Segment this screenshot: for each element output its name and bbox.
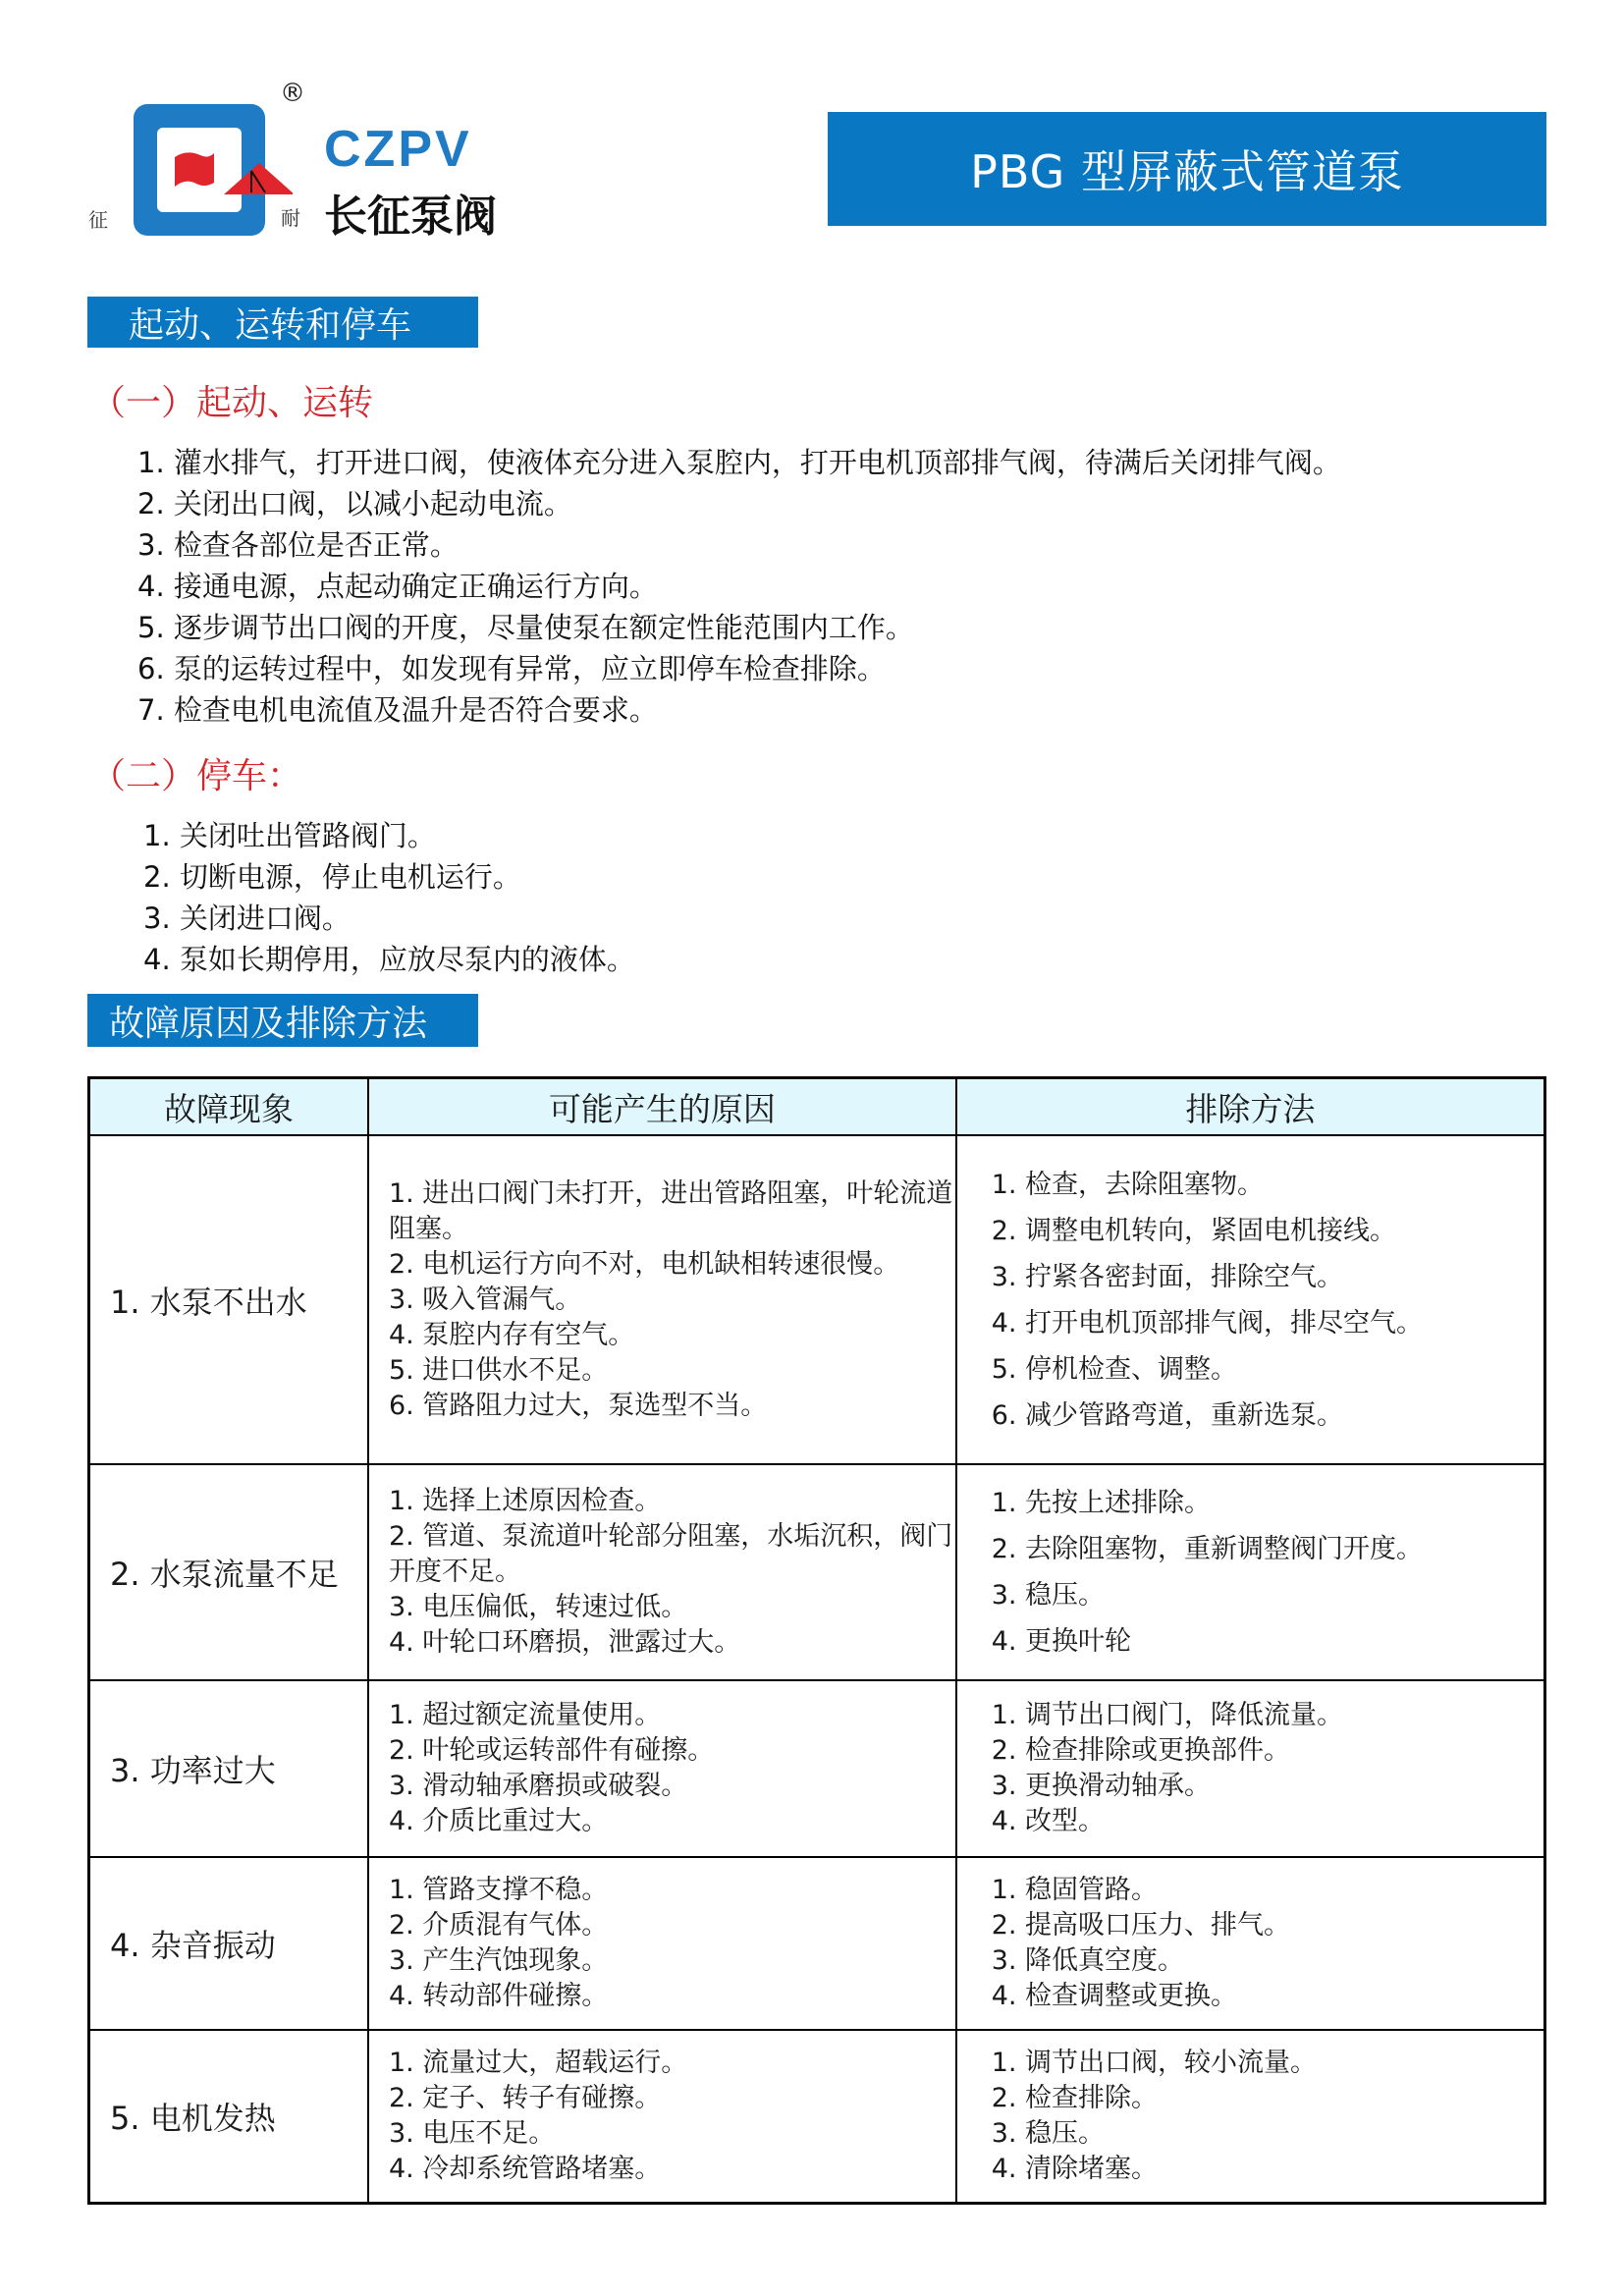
table-row: 2. 水泵流量不足 1. 选择上述原因检查。 2. 管道、泵流道叶轮部分阻塞，水… [89,1464,1545,1680]
list-item: 3. 检查各部位是否正常。 [137,524,1341,566]
cause-item: 3. 电压偏低，转速过低。 [389,1590,954,1625]
list-item: 3. 关闭进口阀。 [143,898,635,939]
list-item: 7. 检查电机电流值及温升是否符合要求。 [137,689,1341,731]
remedy-item: 3. 稳压。 [992,1572,1543,1618]
cause-item: 1. 管路支撑不稳。 [389,1873,954,1908]
remedy-item: 2. 检查排除。 [992,2081,1543,2116]
list-item: 2. 关闭出口阀，以减小起动电流。 [137,483,1341,524]
causes-cell: 1. 超过额定流量使用。 2. 叶轮或运转部件有碰擦。 3. 滑动轴承磨损或破裂… [368,1680,956,1857]
remedy-item: 5. 停机检查、调整。 [992,1346,1543,1393]
table-header-row: 故障现象 可能产生的原因 排除方法 [89,1078,1545,1136]
symptom-cell: 1. 水泵不出水 [89,1135,368,1464]
subheading-start: （一）起动、运转 [90,375,373,425]
company-logo: ® CZPV 长征泵阀 征 耐 [79,59,511,246]
brand-name-en: CZPV [324,120,472,179]
brand-name-cn: 长征泵阀 [324,181,497,244]
cause-item: 4. 转动部件碰擦。 [389,1979,954,2014]
cause-item: 3. 吸入管漏气。 [389,1283,954,1318]
symptom-cell: 2. 水泵流量不足 [89,1464,368,1680]
causes-cell: 1. 选择上述原因检查。 2. 管道、泵流道叶轮部分阻塞，水垢沉积，阀门开度不足… [368,1464,956,1680]
remedy-item: 4. 检查调整或更换。 [992,1979,1543,2014]
section-header-start-stop: 起动、运转和停车 [87,297,478,348]
list-item: 1. 关闭吐出管路阀门。 [143,815,635,856]
column-header-symptom: 故障现象 [89,1078,368,1136]
list-item: 6. 泵的运转过程中，如发现有异常，应立即停车检查排除。 [137,648,1341,689]
table-row: 4. 杂音振动 1. 管路支撑不稳。 2. 介质混有气体。 3. 产生汽蚀现象。… [89,1857,1545,2030]
remedies-cell: 1. 稳固管路。 2. 提高吸口压力、排气。 3. 降低真空度。 4. 检查调整… [956,1857,1545,2030]
remedy-item: 2. 提高吸口压力、排气。 [992,1908,1543,1943]
remedy-item: 2. 去除阻塞物，重新调整阀门开度。 [992,1526,1543,1572]
cause-item: 1. 选择上述原因检查。 [389,1484,954,1519]
cause-item: 3. 产生汽蚀现象。 [389,1943,954,1979]
causes-cell: 1. 管路支撑不稳。 2. 介质混有气体。 3. 产生汽蚀现象。 4. 转动部件… [368,1857,956,2030]
table-row: 3. 功率过大 1. 超过额定流量使用。 2. 叶轮或运转部件有碰擦。 3. 滑… [89,1680,1545,1857]
remedy-item: 4. 更换叶轮 [992,1618,1543,1665]
remedy-item: 2. 检查排除或更换部件。 [992,1733,1543,1769]
cause-item: 2. 定子、转子有碰擦。 [389,2081,954,2116]
remedy-item: 1. 先按上述排除。 [992,1480,1543,1526]
remedies-cell: 1. 调节出口阀，较小流量。 2. 检查排除。 3. 稳压。 4. 清除堵塞。 [956,2030,1545,2204]
list-item: 5. 逐步调节出口阀的开度，尽量使泵在额定性能范围内工作。 [137,607,1341,648]
remedy-item: 1. 调节出口阀，较小流量。 [992,2046,1543,2081]
remedy-item: 6. 减少管路弯道，重新选泵。 [992,1393,1543,1439]
cause-item: 4. 冷却系统管路堵塞。 [389,2152,954,2187]
logo-side-char-left: 征 [88,204,108,233]
symptom-cell: 4. 杂音振动 [89,1857,368,2030]
registered-mark: ® [280,79,305,108]
remedy-item: 4. 改型。 [992,1804,1543,1839]
remedy-item: 1. 稳固管路。 [992,1873,1543,1908]
page-title: PBG 型屏蔽式管道泵 [828,112,1546,226]
remedy-item: 1. 检查，去除阻塞物。 [992,1162,1543,1208]
symptom-cell: 5. 电机发热 [89,2030,368,2204]
causes-cell: 1. 流量过大，超载运行。 2. 定子、转子有碰擦。 3. 电压不足。 4. 冷… [368,2030,956,2204]
cause-item: 1. 超过额定流量使用。 [389,1698,954,1733]
remedy-item: 3. 降低真空度。 [992,1943,1543,1979]
logo-side-char-right: 耐 [281,202,300,231]
cause-item: 1. 进出口阀门未打开，进出管路阻塞，叶轮流道阻塞。 [389,1176,954,1247]
table-row: 5. 电机发热 1. 流量过大，超载运行。 2. 定子、转子有碰擦。 3. 电压… [89,2030,1545,2204]
cause-item: 4. 介质比重过大。 [389,1804,954,1839]
remedy-item: 3. 稳压。 [992,2116,1543,2152]
remedy-item: 4. 打开电机顶部排气阀，排尽空气。 [992,1300,1543,1346]
cause-item: 4. 叶轮口环磨损，泄露过大。 [389,1625,954,1661]
cause-item: 3. 滑动轴承磨损或破裂。 [389,1769,954,1804]
cause-item: 6. 管路阻力过大，泵选型不当。 [389,1389,954,1424]
remedy-item: 3. 更换滑动轴承。 [992,1769,1543,1804]
fault-table: 故障现象 可能产生的原因 排除方法 1. 水泵不出水 1. 进出口阀门未打开，进… [87,1076,1546,2205]
symptom-cell: 3. 功率过大 [89,1680,368,1857]
cause-item: 2. 电机运行方向不对，电机缺相转速很慢。 [389,1247,954,1283]
column-header-causes: 可能产生的原因 [368,1078,956,1136]
list-item: 4. 泵如长期停用，应放尽泵内的液体。 [143,939,635,980]
column-header-remedies: 排除方法 [956,1078,1545,1136]
remedies-cell: 1. 先按上述排除。 2. 去除阻塞物，重新调整阀门开度。 3. 稳压。 4. … [956,1464,1545,1680]
cause-item: 2. 介质混有气体。 [389,1908,954,1943]
subheading-stop: （二）停车： [90,748,302,798]
stop-steps-list: 1. 关闭吐出管路阀门。 2. 切断电源，停止电机运行。 3. 关闭进口阀。 4… [143,815,635,980]
start-steps-list: 1. 灌水排气，打开进口阀，使液体充分进入泵腔内，打开电机顶部排气阀，待满后关闭… [137,442,1341,731]
list-item: 4. 接通电源，点起动确定正确运行方向。 [137,566,1341,607]
cause-item: 3. 电压不足。 [389,2116,954,2152]
cause-item: 4. 泵腔内存有空气。 [389,1318,954,1353]
section-header-faults: 故障原因及排除方法 [87,994,478,1047]
cause-item: 2. 叶轮或运转部件有碰擦。 [389,1733,954,1769]
cause-item: 2. 管道、泵流道叶轮部分阻塞，水垢沉积，阀门开度不足。 [389,1519,954,1590]
remedy-item: 1. 调节出口阀门，降低流量。 [992,1698,1543,1733]
cause-item: 1. 流量过大，超载运行。 [389,2046,954,2081]
flag-mountain-icon [175,149,293,208]
remedies-cell: 1. 调节出口阀门，降低流量。 2. 检查排除或更换部件。 3. 更换滑动轴承。… [956,1680,1545,1857]
remedy-item: 3. 拧紧各密封面，排除空气。 [992,1254,1543,1300]
list-item: 1. 灌水排气，打开进口阀，使液体充分进入泵腔内，打开电机顶部排气阀，待满后关闭… [137,442,1341,483]
list-item: 2. 切断电源，停止电机运行。 [143,856,635,898]
cause-item: 5. 进口供水不足。 [389,1353,954,1389]
remedy-item: 4. 清除堵塞。 [992,2152,1543,2187]
table-row: 1. 水泵不出水 1. 进出口阀门未打开，进出管路阻塞，叶轮流道阻塞。 2. 电… [89,1135,1545,1464]
remedies-cell: 1. 检查，去除阻塞物。 2. 调整电机转向，紧固电机接线。 3. 拧紧各密封面… [956,1135,1545,1464]
remedy-item: 2. 调整电机转向，紧固电机接线。 [992,1208,1543,1254]
causes-cell: 1. 进出口阀门未打开，进出管路阻塞，叶轮流道阻塞。 2. 电机运行方向不对，电… [368,1135,956,1464]
